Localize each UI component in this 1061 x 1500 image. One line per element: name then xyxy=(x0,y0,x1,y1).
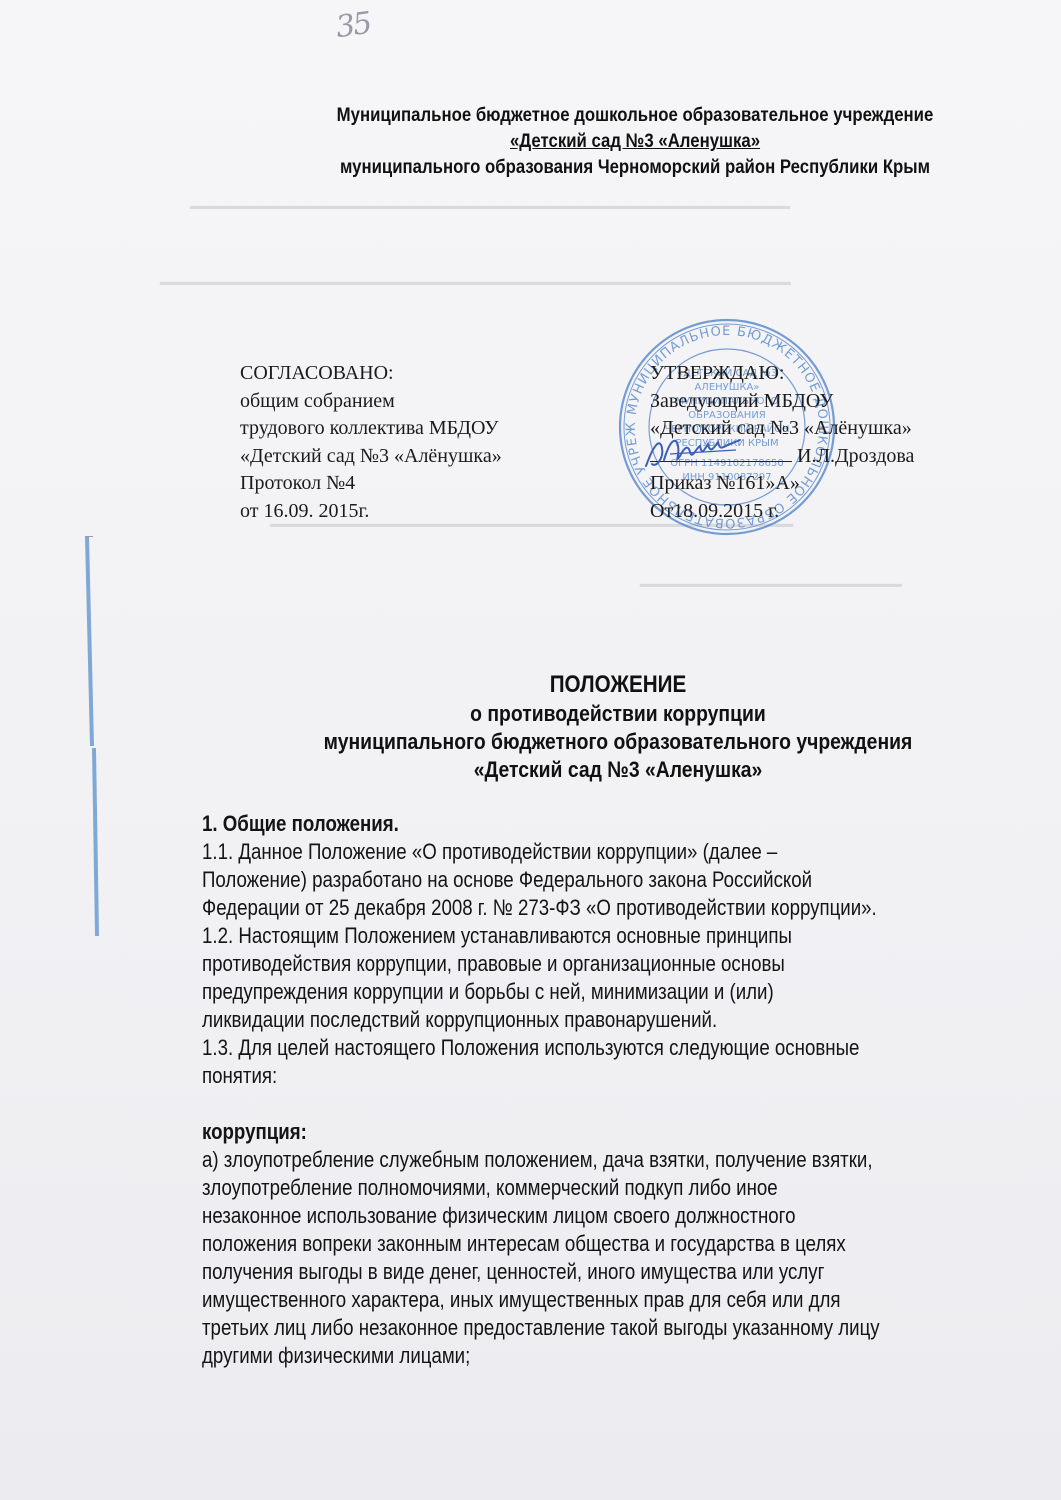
paragraph-line: ликвидации последствий коррупционных пра… xyxy=(202,1006,1032,1034)
paragraph-line: противодействия коррупции, правовые и ор… xyxy=(202,950,1032,978)
handwritten-signature-icon xyxy=(640,430,750,474)
bleed-through-text: ▁▁▁▁▁▁▁▁▁▁▁▁▁▁▁▁▁▁▁▁▁▁▁▁▁▁▁▁▁▁▁▁▁▁▁▁▁▁▁ xyxy=(190,182,790,214)
document-subtitle-1: о противодействии коррупции xyxy=(308,700,927,728)
paragraph-line: 1.2. Настоящим Положением устанавливаютс… xyxy=(202,922,1032,950)
paragraph-line: положения вопреки законным интересам общ… xyxy=(202,1230,1032,1258)
paragraph-line: предупреждения коррупции и борьбы с ней,… xyxy=(202,978,1032,1006)
organization-header: Муниципальное бюджетное дошкольное образ… xyxy=(330,102,941,180)
document-subtitle-2: муниципального бюджетного образовательно… xyxy=(308,728,927,756)
paragraph-line: получения выгоды в виде денег, ценностей… xyxy=(202,1258,1032,1286)
agreed-title: СОГЛАСОВАНО: xyxy=(240,360,502,388)
signatory-name: И.Л.Дроздова xyxy=(797,445,914,467)
term-heading: коррупция: xyxy=(202,1118,1032,1146)
paragraph-line: 1.3. Для целей настоящего Положения испо… xyxy=(202,1034,1032,1062)
paragraph-line: злоупотребление полномочиями, коммерческ… xyxy=(202,1174,1032,1202)
paragraph-line: третьих лиц либо незаконное предоставлен… xyxy=(202,1314,1032,1342)
binding-thread-icon xyxy=(84,536,100,936)
approved-title: УТВЕРЖДАЮ: xyxy=(650,360,914,388)
paragraph-line: Положение) разработано на основе Федерал… xyxy=(202,866,1032,894)
document-body: 1. Общие положения. 1.1. Данное Положени… xyxy=(202,810,1032,1370)
document-page: ▁▁▁▁▁▁▁▁▁▁▁▁▁▁▁▁▁▁▁▁▁▁▁▁▁▁▁▁▁▁▁▁▁▁▁▁▁▁▁ … xyxy=(0,0,1061,1500)
approved-line-1: Заведующий МБДОУ xyxy=(650,388,914,416)
agreed-line-2: трудового коллектива МБДОУ xyxy=(240,415,502,443)
agreed-line-3: «Детский сад №3 «Алёнушка» xyxy=(240,443,502,471)
paragraph-line: имущественного характера, иных имуществе… xyxy=(202,1286,1032,1314)
approved-date: От18.09.2015 г. xyxy=(650,498,914,526)
section-heading: 1. Общие положения. xyxy=(202,810,1032,838)
paragraph-line: а) злоупотребление служебным положением,… xyxy=(202,1146,1032,1174)
paragraph-line: другими физическими лицами; xyxy=(202,1342,1032,1370)
header-line-3: муниципального образования Черноморский … xyxy=(330,154,941,180)
header-line-2: «Детский сад №3 «Аленушка» xyxy=(330,128,941,154)
approved-order: Приказ №161»А» xyxy=(650,470,914,498)
agreed-date: от 16.09. 2015г. xyxy=(240,498,502,526)
agreed-block: СОГЛАСОВАНО: общим собранием трудового к… xyxy=(240,360,502,525)
spacer xyxy=(202,1090,1032,1118)
paragraph-line: незаконное использование физическим лицо… xyxy=(202,1202,1032,1230)
document-subtitle-3: «Детский сад №3 «Аленушка» xyxy=(308,756,927,784)
agreed-line-1: общим собранием xyxy=(240,388,502,416)
paragraph-line: понятия: xyxy=(202,1062,1032,1090)
document-title-block: ПОЛОЖЕНИЕ о противодействии коррупции му… xyxy=(308,670,927,784)
handwritten-page-number: 35 xyxy=(334,6,373,45)
header-line-1: Муниципальное бюджетное дошкольное образ… xyxy=(330,102,941,128)
bleed-through-text: ▁▁▁▁▁▁▁▁▁▁▁▁▁▁▁▁▁▁▁▁▁▁▁▁▁▁▁▁▁▁▁▁▁▁▁▁▁▁▁▁… xyxy=(160,258,791,290)
bleed-through-text: ▁▁▁▁▁▁▁▁▁▁▁▁▁▁▁▁▁ xyxy=(640,560,901,592)
agreed-protocol: Протокол №4 xyxy=(240,470,502,498)
document-title: ПОЛОЖЕНИЕ xyxy=(308,670,927,700)
paragraph-line: 1.1. Данное Положение «О противодействии… xyxy=(202,838,1032,866)
paragraph-line: Федерации от 25 декабря 2008 г. № 273-ФЗ… xyxy=(202,894,1032,922)
